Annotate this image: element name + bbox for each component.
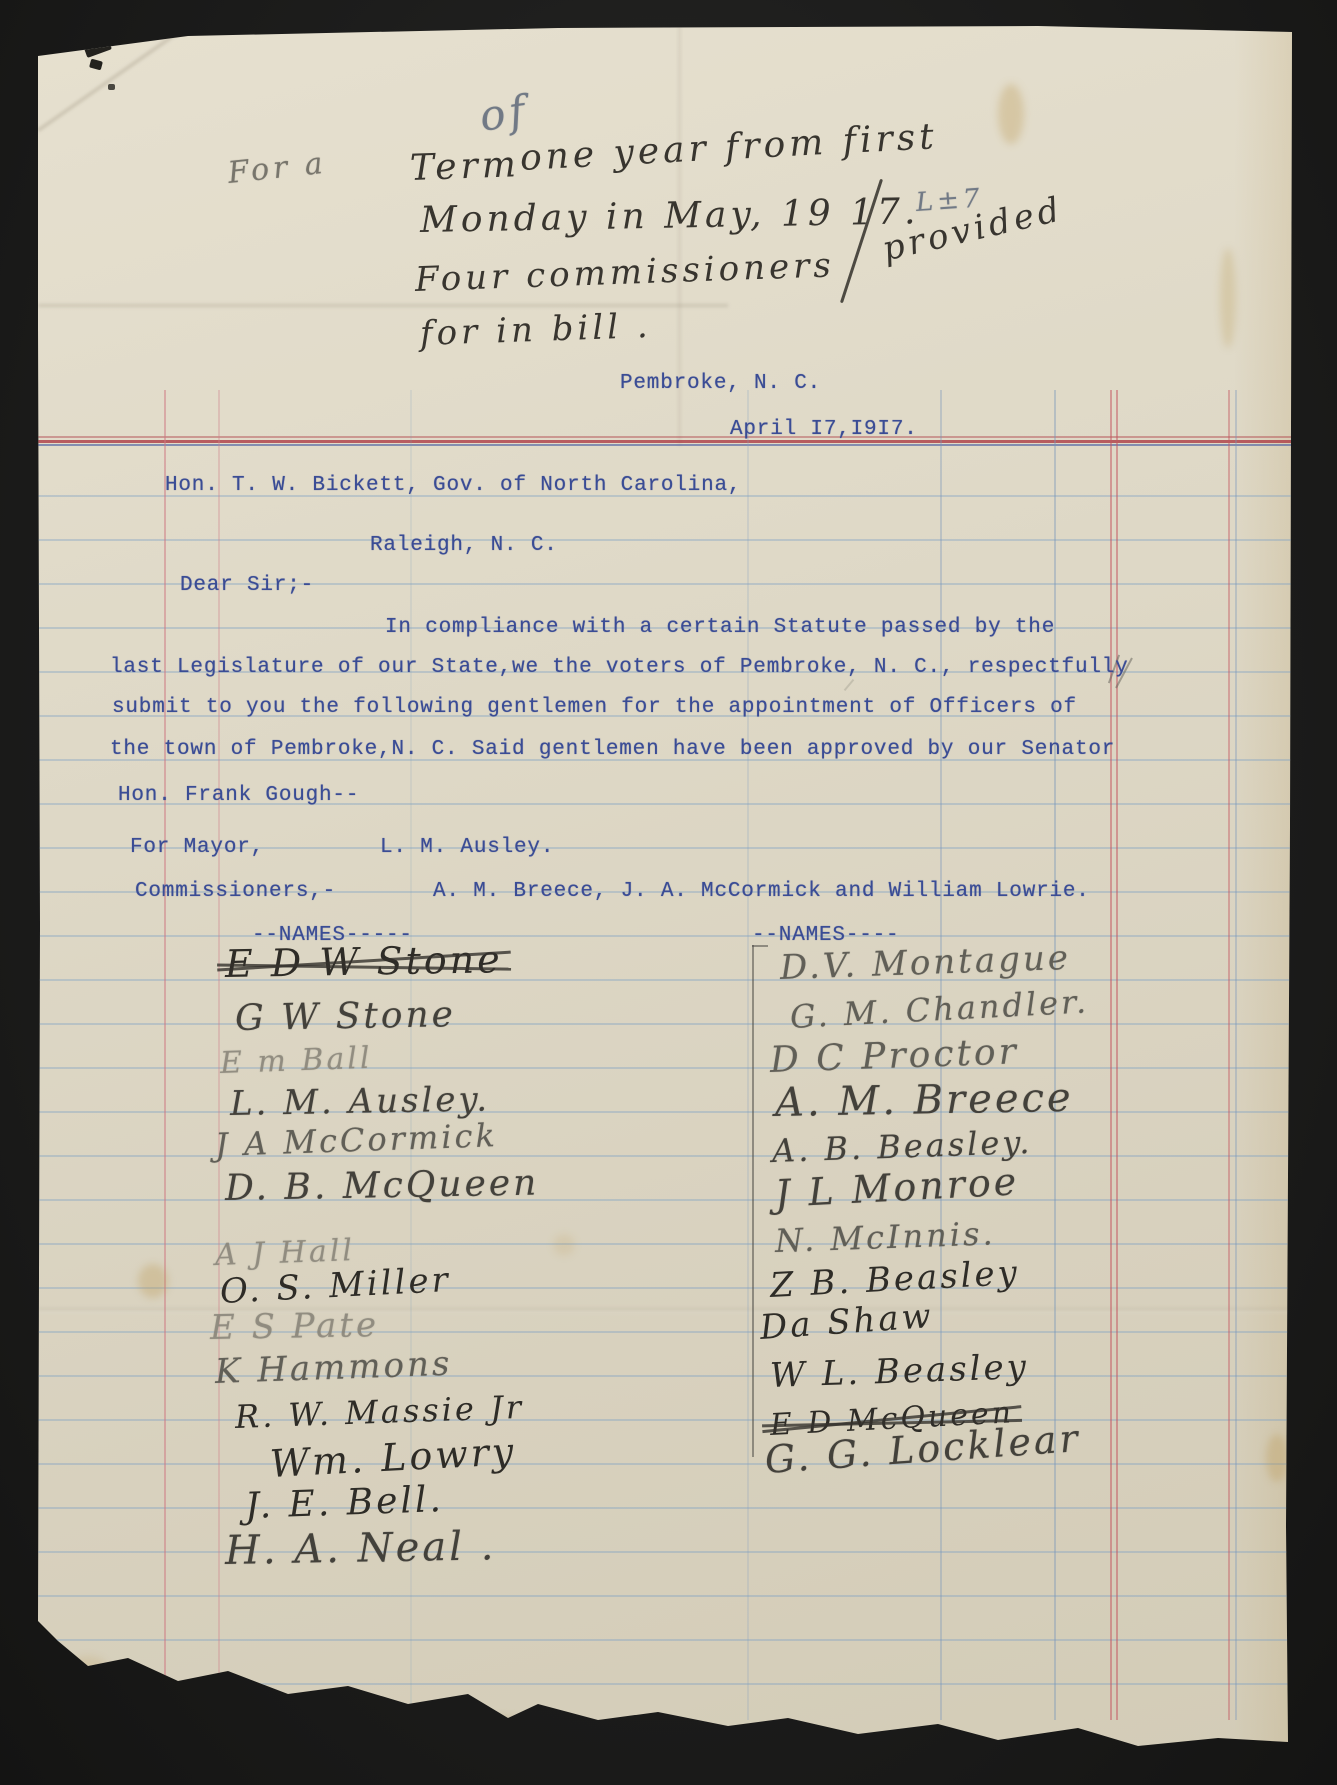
stain	[998, 84, 1024, 144]
signature-left-13: J. E. Bell.	[244, 1479, 444, 1527]
signature-left-3: E m Ball	[219, 1041, 373, 1081]
signature-right-3: D C Proctor	[769, 1031, 1019, 1081]
salutation: Dear Sir;-	[180, 574, 314, 597]
body-line: Hon. Frank Gough--	[118, 784, 359, 807]
stain	[553, 1234, 575, 1256]
signature-left-10: K Hammons	[214, 1344, 453, 1392]
scanned-document-page: For a Term of one year from first Monday…	[0, 0, 1337, 1785]
annotation-term-word: Term	[409, 144, 520, 189]
header-rule-blue	[38, 444, 1292, 446]
ink-blot	[89, 59, 103, 71]
column-bracket-stroke	[752, 945, 754, 1457]
stain	[458, 1716, 528, 1732]
column-rule-red	[1116, 390, 1118, 1720]
column-rule-blue	[747, 390, 749, 1720]
mayor-name: L. M. Ausley.	[380, 836, 554, 859]
annotation-line2: Monday in May, 19 17.	[420, 191, 920, 241]
margin-rule-red	[164, 390, 166, 1720]
commissioners-names: A. M. Breece, J. A. McCormick and Willia…	[433, 880, 1090, 903]
address-line-1: Hon. T. W. Bickett, Gov. of North Caroli…	[165, 474, 741, 497]
ink-blot	[108, 84, 115, 90]
column-rule-blue	[1235, 390, 1237, 1720]
header-rule-red	[38, 440, 1292, 443]
corner-fold-crease	[37, 3, 219, 132]
annotation-pencil-note: For a	[226, 146, 328, 191]
signature-left-2: G W Stone	[235, 994, 457, 1039]
annotation-inserted-word: of	[477, 85, 532, 140]
body-line: In compliance with a certain Statute pas…	[385, 616, 1055, 639]
column-rule-blue	[1054, 390, 1056, 1720]
stain	[138, 1264, 168, 1298]
letterhead-place: Pembroke, N. C.	[620, 372, 821, 395]
header-rule-red	[38, 436, 1292, 438]
signature-left-9: E S Pate	[210, 1305, 380, 1348]
signature-right-7: N. McInnis.	[774, 1214, 996, 1260]
stain	[1220, 248, 1236, 348]
annotation-line3: Four commissioners	[414, 245, 835, 300]
body-line: the town of Pembroke,N. C. Said gentleme…	[110, 738, 1115, 761]
signature-left-6: D. B. McQueen	[225, 1163, 540, 1209]
annotation-line4: for in bill .	[419, 306, 652, 354]
mayor-label: For Mayor,	[130, 836, 264, 859]
stain	[1266, 1434, 1288, 1482]
ink-blot	[82, 34, 112, 58]
body-line: submit to you the following gentlemen fo…	[112, 696, 1077, 719]
letterhead-date: April I7,I9I7.	[730, 418, 918, 441]
address-line-2: Raleigh, N. C.	[370, 534, 558, 557]
stain	[68, 1656, 108, 1682]
column-rule-red	[1228, 390, 1230, 1720]
signature-left-14: H. A. Neal .	[225, 1523, 497, 1574]
body-line: last Legislature of our State,we the vot…	[110, 656, 1129, 679]
letter-paper: For a Term of one year from first Monday…	[38, 26, 1292, 1748]
signature-left-1: E D W Stone	[225, 937, 503, 986]
commissioners-label: Commissioners,-	[135, 880, 336, 903]
signature-right-4: A. M. Breece	[775, 1075, 1074, 1126]
annotation-line1: one year from first	[519, 116, 939, 179]
column-rule-red	[1110, 390, 1112, 1720]
